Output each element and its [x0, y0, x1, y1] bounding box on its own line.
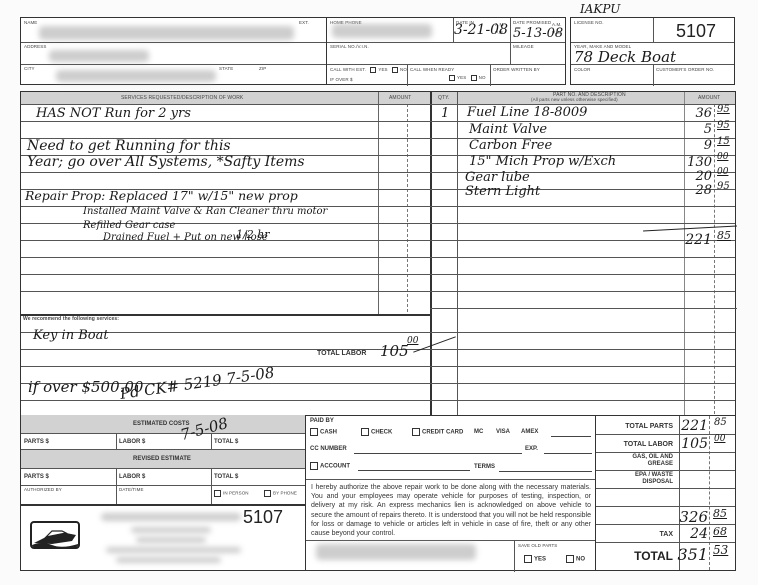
service-line[interactable]: HAS NOT Run for 2 yrs	[36, 106, 191, 121]
total-labor-sum-label: TOTAL LABOR	[624, 441, 673, 448]
shop-address-redacted	[116, 557, 221, 563]
save-parts-yes-checkbox[interactable]	[524, 555, 532, 563]
paid-by-label: PAID BY	[310, 418, 334, 424]
amex-label: AMEX	[521, 429, 538, 435]
cash-checkbox[interactable]	[310, 428, 318, 436]
gas-oil-label: GAS, OIL AND GREASE	[621, 454, 673, 468]
date-in-value[interactable]: 3-21-08	[454, 22, 508, 38]
customer-info-box: NAME EXT. ADDRESS CITY STATE ZIP	[20, 17, 327, 85]
service-line[interactable]: Repair Prop: Replaced 17" w/15" new prop	[25, 188, 298, 203]
terms-label: TERMS	[474, 464, 495, 470]
part-cents[interactable]: 15	[717, 136, 730, 147]
shop-name-redacted	[101, 513, 241, 521]
shop-address-redacted	[136, 537, 206, 543]
subtotal-cents[interactable]: 85	[713, 507, 727, 520]
color-label: COLOR	[574, 67, 591, 72]
estimates-box: ESTIMATED COSTS PARTS $ LABOR $ TOTAL $ …	[20, 415, 306, 571]
parts-amount-header: AMOUNT	[698, 95, 720, 101]
services-header: SERVICES REQUESTED/DESCRIPTION OF WORK	[121, 95, 243, 101]
exp-field[interactable]	[544, 447, 592, 454]
part-dollars[interactable]: 9	[666, 138, 712, 153]
by-phone-option: BY PHONE	[264, 490, 297, 497]
parts-subheader: (All parts new unless otherwise specifie…	[531, 97, 618, 102]
service-line[interactable]: Refilled Gear case	[83, 220, 175, 231]
service-line[interactable]: Installed Maint Valve & Ran Cleaner thru…	[83, 206, 327, 217]
date-promised-value[interactable]: 5-13-08	[513, 26, 563, 41]
parts-subtotal-dollars[interactable]: 221	[666, 232, 712, 248]
check-option: CHECK	[361, 428, 392, 436]
call-when-ready-yes-checkbox[interactable]	[449, 75, 455, 81]
service-line[interactable]: Key in Boat	[33, 328, 109, 343]
part-cents[interactable]: 95	[717, 104, 730, 115]
service-line[interactable]: Need to get Running for this	[27, 138, 231, 154]
state-label: STATE	[219, 66, 233, 71]
parts-subtotal-cents[interactable]: 85	[717, 229, 731, 242]
serial-label: SERIAL NO./V.I.N.	[330, 44, 369, 49]
services-amount-header: AMOUNT	[389, 95, 411, 101]
customer-name-redacted	[39, 26, 294, 40]
part-dollars[interactable]: 28	[666, 183, 712, 198]
save-parts-yes-option: YES	[524, 555, 546, 563]
part-qty[interactable]: 1	[441, 106, 449, 121]
cc-number-label: CC NUMBER	[310, 446, 347, 452]
terms-field[interactable]	[499, 465, 592, 472]
tax-dollars[interactable]: 24	[676, 526, 708, 542]
call-when-ready-no-checkbox[interactable]	[471, 75, 477, 81]
grand-total-label: TOTAL	[634, 549, 673, 563]
qty-header: QTY.	[438, 95, 449, 101]
totals-box: TOTAL PARTS 221 85 TOTAL LABOR 105 00 GA…	[595, 415, 736, 571]
account-checkbox[interactable]	[310, 462, 318, 470]
service-line[interactable]: Year; go over All Systems, *Safty Items	[27, 154, 305, 170]
part-dollars[interactable]: 130	[666, 155, 712, 170]
name-label: NAME	[24, 20, 37, 25]
part-description[interactable]: Stern Light	[465, 184, 540, 199]
mc-label: MC	[474, 429, 483, 435]
customer-address-redacted	[49, 50, 149, 62]
total-parts-label: TOTAL PARTS	[625, 423, 673, 430]
revised-estimate-label: REVISED ESTIMATE	[133, 456, 191, 462]
tax-label: TAX	[660, 531, 673, 538]
recommend-label: We recommend the following services:	[23, 316, 119, 322]
total-labor-cents[interactable]: 00	[407, 336, 418, 346]
est-parts-label: PARTS $	[24, 439, 49, 445]
shop-address-redacted	[131, 527, 211, 533]
phone-redacted	[332, 24, 432, 38]
save-parts-no-checkbox[interactable]	[566, 555, 574, 563]
part-description[interactable]: Maint Valve	[469, 122, 547, 137]
part-description[interactable]: 15" Mich Prop w/Exch	[469, 154, 616, 169]
mileage-label: MILEAGE	[513, 44, 534, 49]
shop-address-redacted	[106, 547, 241, 553]
tax-cents[interactable]: 68	[713, 525, 727, 538]
date-promised-label: DATE PROMISED	[513, 20, 551, 25]
part-cents[interactable]: 00	[717, 152, 728, 162]
phone-info-box: HOME PHONE DATE IN A.M. P.M. 3-21-08 DAT…	[326, 17, 566, 85]
authorized-by-label: AUTHORIZED BY	[24, 487, 62, 492]
total-labor-value[interactable]: 105	[380, 342, 409, 360]
account-option: ACCOUNT	[310, 462, 350, 470]
authorization-text: I hereby authorize the above repair work…	[311, 483, 591, 538]
credit-card-option: CREDIT CARD	[412, 428, 463, 436]
est-labor-label: LABOR $	[119, 439, 145, 445]
cc-number-field[interactable]	[354, 447, 522, 454]
part-dollars[interactable]: 20	[666, 169, 712, 184]
payment-box: PAID BY CASH CHECK CREDIT CARD MC VISA A…	[305, 415, 596, 571]
epa-label: EPA / WASTE DISPOSAL	[621, 472, 673, 486]
rev-parts-label: PARTS $	[24, 474, 49, 480]
total-parts-cents[interactable]: 85	[714, 417, 727, 428]
order-number: 5107	[676, 21, 716, 42]
customers-order-label: CUSTOMER'S ORDER NO.	[656, 67, 714, 72]
save-old-parts-label: SAVE OLD PARTS	[518, 543, 557, 548]
call-when-ready-label: CALL WHEN READY	[410, 67, 454, 72]
date-time-label: DATE/TIME	[119, 487, 144, 492]
by-phone-checkbox[interactable]	[264, 490, 271, 497]
rev-labor-label: LABOR $	[119, 474, 145, 480]
part-cents[interactable]: 95	[717, 181, 730, 192]
visa-label: VISA	[496, 429, 510, 435]
city-label: CITY	[24, 66, 35, 71]
boat-icon	[30, 521, 80, 549]
part-dollars[interactable]: 36	[666, 106, 712, 121]
ext-label: EXT.	[299, 20, 309, 25]
call-with-est-yes-checkbox[interactable]	[370, 67, 376, 73]
footer-order-number: 5107	[243, 507, 283, 528]
save-parts-no-option: NO	[566, 555, 585, 563]
grand-total-dollars[interactable]: 351	[674, 545, 708, 564]
exp-label: EXP.	[525, 446, 538, 452]
total-labor-sum-cents[interactable]: 00	[714, 434, 725, 444]
customer-city-redacted	[56, 70, 216, 82]
zip-label: ZIP	[259, 66, 266, 71]
total-labor-dollars[interactable]: 105	[676, 436, 708, 452]
if-over-label: IF OVER $	[330, 77, 353, 82]
part-cents[interactable]: 00	[717, 167, 728, 177]
card-type-field[interactable]	[551, 430, 591, 437]
est-total-label: TOTAL $	[214, 439, 238, 445]
license-value[interactable]: IAKPU	[580, 2, 620, 16]
call-with-est-label: CALL WITH EST. YES NO	[330, 67, 407, 73]
address-label: ADDRESS	[24, 44, 46, 49]
license-label: LICENSE NO.	[574, 20, 604, 25]
in-person-checkbox[interactable]	[214, 490, 221, 497]
labor-hours-note[interactable]: 1/2 hr	[236, 228, 270, 241]
order-written-by-label: ORDER WRITTEN BY	[493, 67, 540, 72]
signature-redacted	[316, 544, 476, 560]
total-parts-dollars[interactable]: 221	[676, 418, 708, 434]
total-labor-label: TOTAL LABOR	[317, 350, 366, 357]
part-description[interactable]: Carbon Free	[469, 138, 552, 153]
part-description[interactable]: Gear lube	[465, 170, 530, 185]
vehicle-info-box: LICENSE NO. 5107 YEAR, MAKE AND MODEL 78…	[570, 17, 735, 85]
rev-total-label: TOTAL $	[214, 474, 238, 480]
credit-card-checkbox[interactable]	[412, 428, 420, 436]
grand-total-cents[interactable]: 53	[713, 543, 728, 557]
call-with-est-no-checkbox[interactable]	[392, 67, 398, 73]
check-checkbox[interactable]	[361, 428, 369, 436]
in-person-option: IN PERSON	[214, 490, 249, 497]
cash-option: CASH	[310, 428, 337, 436]
part-description[interactable]: Fuel Line 18-8009	[467, 105, 587, 120]
part-dollars[interactable]: 5	[666, 122, 712, 137]
work-order-table: SERVICES REQUESTED/DESCRIPTION OF WORK A…	[20, 91, 736, 416]
account-field[interactable]	[358, 464, 470, 471]
call-when-ready-options: YES NO	[449, 75, 486, 81]
part-cents[interactable]: 95	[717, 120, 730, 131]
